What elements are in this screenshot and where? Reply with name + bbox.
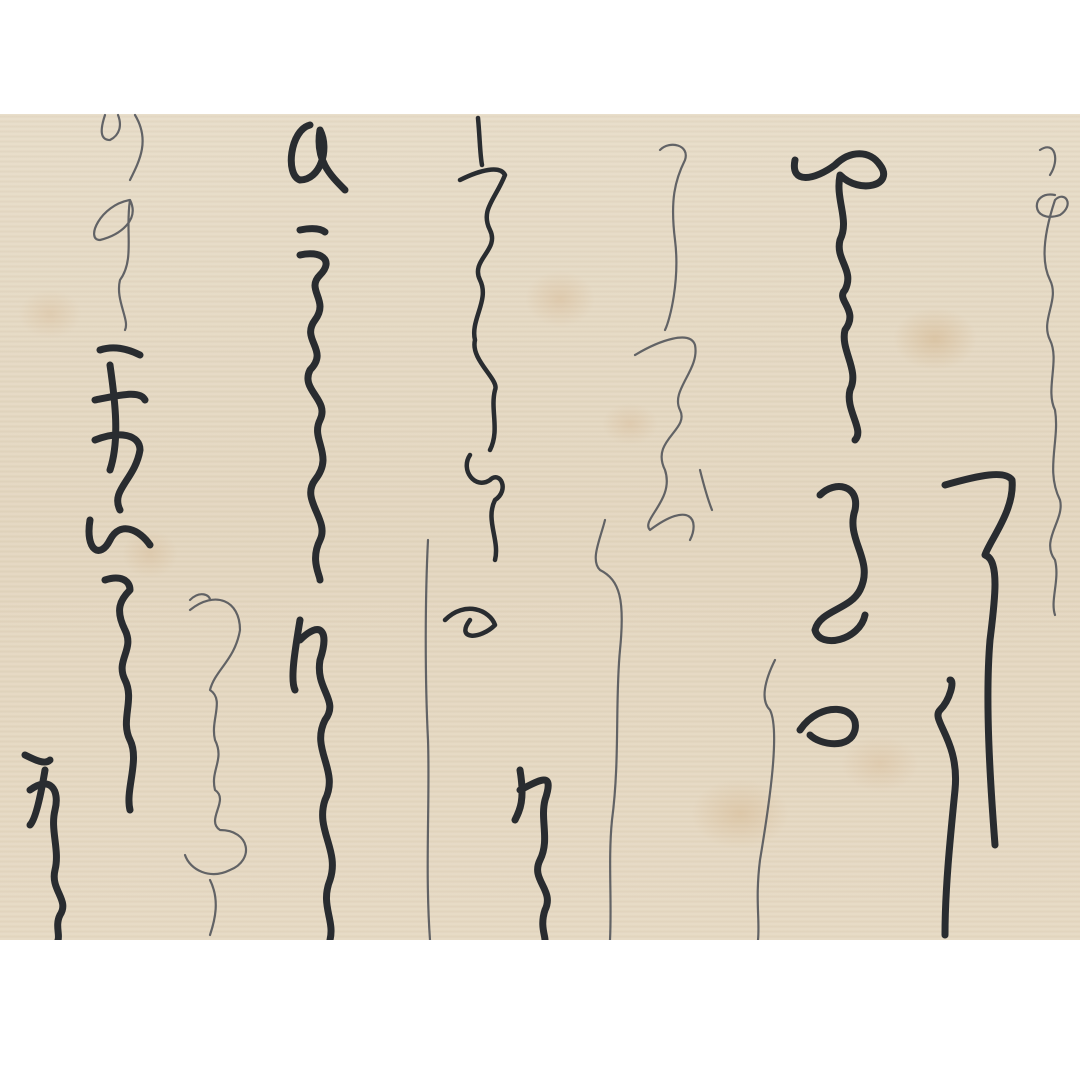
calligraphy-column-col-4 (635, 145, 712, 540)
calligraphy-column-col-6 (515, 770, 548, 940)
calligraphy-column-col-3 (794, 154, 883, 744)
calligraphy-column-col-5 (445, 118, 505, 636)
calligraphy-column-col-2b (938, 680, 956, 935)
bottom-white-margin (0, 940, 1080, 1080)
calligraphy-column-col-1 (1037, 147, 1068, 615)
calligraphy-column-col-3b (758, 660, 775, 940)
calligraphy-column-col-8 (291, 125, 345, 940)
calligraphy-column-col-9 (185, 594, 246, 935)
calligraphy-column-col-12 (25, 755, 63, 940)
calligraphy-column-col-11 (89, 348, 150, 810)
calligraphy-ink-layer (0, 0, 1080, 1080)
calligraphy-column-col-7 (426, 540, 430, 940)
calligraphy-column-col-4b (596, 520, 622, 940)
calligraphy-column-col-10 (94, 115, 143, 330)
